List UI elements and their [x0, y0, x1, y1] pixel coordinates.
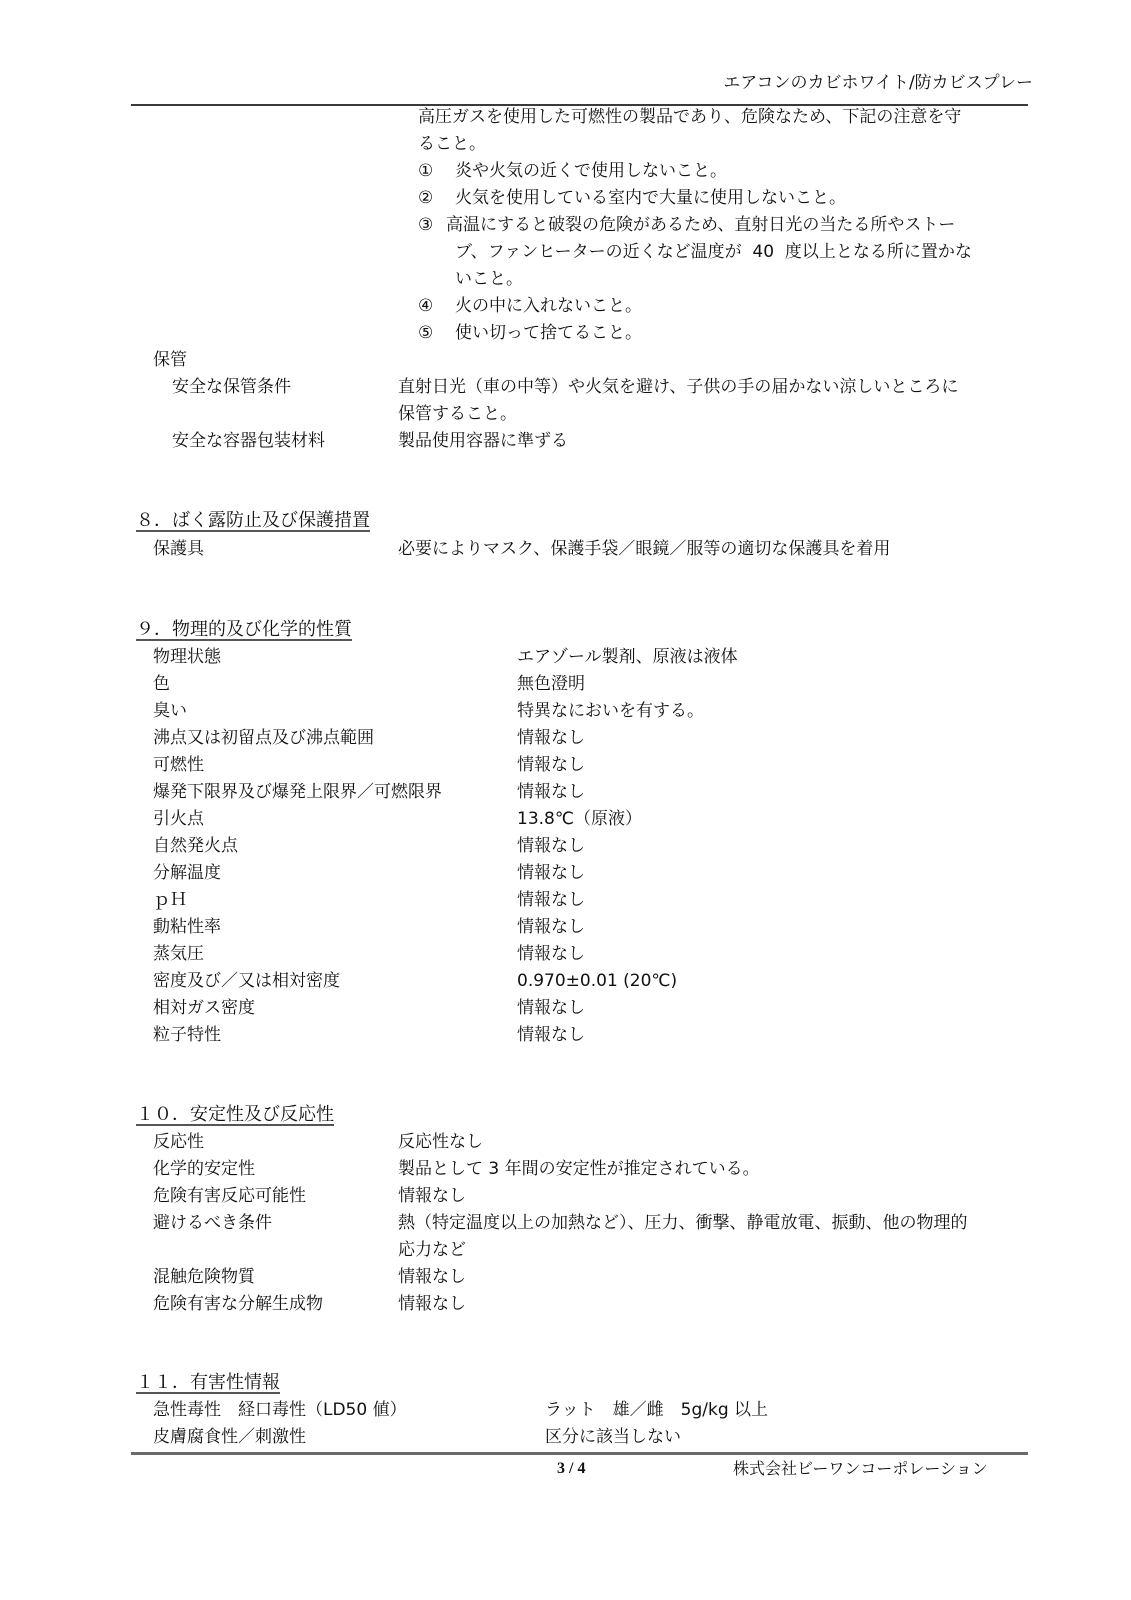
footer-divider [131, 1452, 1028, 1455]
storage-value-conditions-line-1: 直射日光（車の中等）や火気を避け、子供の手の届かない涼しいところに [398, 376, 958, 398]
storage-heading: 保管 [153, 349, 187, 371]
precaution-marker-4: ④ [418, 295, 433, 317]
property-value: 特異なにおいを有する。 [517, 700, 704, 722]
toxicity-label: 急性毒性 経口毒性（LD50 値） [153, 1399, 407, 1421]
precaution-intro-line-1: 高圧ガスを使用した可燃性の製品であり、危険なため、下記の注意を守 [418, 106, 961, 128]
property-label: 臭い [153, 700, 187, 722]
precaution-item-4: 火の中に入れないこと。 [455, 295, 642, 317]
property-value: エアゾール製剤、原液は液体 [517, 646, 738, 668]
stability-label: 混触危険物質 [153, 1266, 255, 1288]
property-label: 分解温度 [153, 862, 221, 884]
property-label: 蒸気圧 [153, 943, 204, 965]
precaution-item-1: 炎や火気の近くで使用しないこと。 [455, 160, 727, 182]
property-value: 情報なし [517, 781, 585, 803]
section-8-heading: ８．ばく露防止及び保護措置 [136, 510, 370, 532]
property-label: 密度及び／又は相対密度 [153, 970, 340, 992]
storage-label-conditions: 安全な保管条件 [172, 376, 291, 398]
company-name: 株式会社ビーワンコーポレーション [733, 1458, 988, 1480]
stability-label: 危険有害反応可能性 [153, 1185, 306, 1207]
property-value: 情報なし [517, 997, 585, 1019]
stability-label: 避けるべき条件 [153, 1212, 272, 1234]
precaution-marker-2: ② [418, 187, 433, 209]
stability-value: 情報なし [398, 1293, 466, 1315]
stability-label: 反応性 [153, 1131, 204, 1153]
section-11-heading: １１．有害性情報 [136, 1372, 280, 1394]
property-label: 引火点 [153, 808, 204, 830]
stability-label: 危険有害な分解生成物 [153, 1293, 323, 1315]
property-label: 沸点又は初留点及び沸点範囲 [153, 727, 374, 749]
section-9-heading: ９．物理的及び化学的性質 [136, 619, 352, 641]
toxicity-value: ラット 雄／雌 5g/kg 以上 [545, 1399, 768, 1421]
property-label: 可燃性 [153, 754, 204, 776]
property-value: 情報なし [517, 835, 585, 857]
stability-value: 反応性なし [398, 1131, 483, 1153]
precaution-marker-1: ① [418, 160, 433, 182]
precaution-marker-3: ③ [418, 214, 433, 236]
stability-value-line-2: 応力など [398, 1239, 466, 1261]
precaution-item-2: 火気を使用している室内で大量に使用しないこと。 [455, 187, 846, 209]
property-value: 情報なし [517, 1024, 585, 1046]
storage-value-packaging: 製品使用容器に準ずる [398, 430, 568, 452]
precaution-item-5: 使い切って捨てること。 [455, 322, 642, 344]
section-8-value: 必要によりマスク、保護手袋／眼鏡／服等の適切な保護具を着用 [398, 538, 890, 560]
property-value: 情報なし [517, 916, 585, 938]
property-label: 色 [153, 673, 170, 695]
stability-label: 化学的安定性 [153, 1158, 255, 1180]
toxicity-label: 皮膚腐食性／刺激性 [153, 1426, 306, 1448]
property-label: 相対ガス密度 [153, 997, 255, 1019]
precaution-item-3-line-1: 高温にすると破裂の危険があるため、直射日光の当たる所やストー [446, 214, 955, 236]
property-value: 情報なし [517, 943, 585, 965]
precaution-item-3-line-2: ブ、ファンヒーターの近くなど温度が 40 度以上となる所に置かな [455, 241, 972, 263]
page-number: 3 / 4 [557, 1458, 585, 1480]
section-8-label: 保護具 [153, 538, 204, 560]
stability-value: 情報なし [398, 1266, 466, 1288]
stability-value: 製品として 3 年間の安定性が推定されている。 [398, 1158, 760, 1180]
property-value: 0.970±0.01 (20℃) [517, 970, 677, 992]
property-label: 動粘性率 [153, 916, 221, 938]
stability-value-line-1: 熱（特定温度以上の加熱など）、圧力、衝撃、静電放電、振動、他の物理的 [398, 1212, 968, 1234]
property-value: 13.8℃（原液） [517, 808, 642, 830]
storage-value-conditions-line-2: 保管すること。 [398, 403, 517, 425]
property-label: 物理状態 [153, 646, 221, 668]
precaution-marker-5: ⑤ [418, 322, 433, 344]
property-label: 粒子特性 [153, 1024, 221, 1046]
section-10-heading: １０．安定性及び反応性 [136, 1104, 334, 1126]
property-value: 情報なし [517, 862, 585, 884]
property-label: ｐＨ [153, 889, 187, 911]
property-label: 爆発下限界及び爆発上限界／可燃限界 [153, 781, 442, 803]
document-header-title: エアコンのカビホワイト/防カビスプレー [723, 72, 1033, 94]
property-value: 無色澄明 [517, 673, 585, 695]
toxicity-value: 区分に該当しない [545, 1426, 681, 1448]
property-value: 情報なし [517, 889, 585, 911]
property-value: 情報なし [517, 754, 585, 776]
precaution-item-3-line-3: いこと。 [455, 268, 523, 290]
property-value: 情報なし [517, 727, 585, 749]
precaution-intro-line-2: ること。 [418, 133, 486, 155]
property-label: 自然発火点 [153, 835, 238, 857]
stability-value: 情報なし [398, 1185, 466, 1207]
storage-label-packaging: 安全な容器包装材料 [172, 430, 325, 452]
